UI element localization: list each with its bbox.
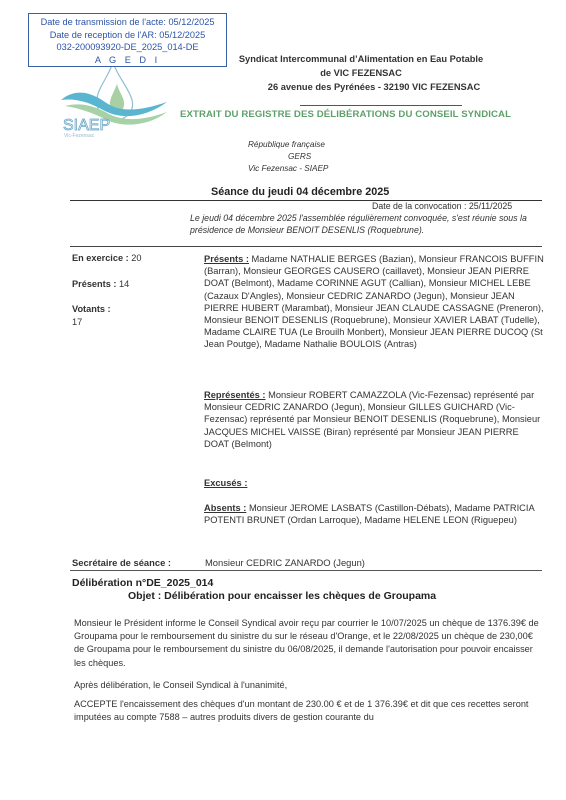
stamp-transmission-date: Date de transmission de l'acte: 05/12/20… <box>29 16 226 29</box>
deliberation-paragraph-1: Monsieur le Président informe le Conseil… <box>74 617 544 670</box>
stat-presents: Présents : 14 <box>72 279 129 289</box>
intro-divider <box>70 246 542 247</box>
presents-label: Présents : <box>204 254 249 264</box>
deliberation-paragraph-3: ACCEPTE l'encaissement des chèques d'un … <box>74 698 544 724</box>
document-title: EXTRAIT DU REGISTRE DES DÉLIBÉRATIONS DU… <box>180 109 520 120</box>
deliberation-paragraph-2: Après délibération, le Conseil Syndical … <box>74 679 544 692</box>
commune-label: Vic Fezensac - SIAEP <box>248 163 388 175</box>
siaep-logo-icon: SIAEP Vic-Fezensac <box>55 62 170 137</box>
organization-header: Syndicat Intercommunal d’Alimentation en… <box>200 52 522 94</box>
deliberation-objet: Objet : Délibération pour encaisser les … <box>128 590 436 602</box>
excuses-list: Excusés : <box>204 477 544 489</box>
stamp-reception-date: Date de reception de l'AR: 05/12/2025 <box>29 29 226 42</box>
republique-label: République française <box>248 139 388 151</box>
svg-text:SIAEP: SIAEP <box>63 117 110 134</box>
org-city: de VIC FEZENSAC <box>200 66 522 80</box>
secretaire-value: Monsieur CEDRIC ZANARDO (Jegun) <box>205 557 365 568</box>
representes-list: Représentés : Monsieur ROBERT CAMAZZOLA … <box>204 389 544 450</box>
representes-label: Représentés : <box>204 390 266 400</box>
org-address: 26 avenue des Pyrénées - 32190 VIC FEZEN… <box>200 80 522 94</box>
secretaire-divider <box>70 570 542 571</box>
stamp-act-id: 032-200093920-DE_2025_014-DE <box>29 41 226 54</box>
org-name: Syndicat Intercommunal d’Alimentation en… <box>200 52 522 66</box>
svg-text:Vic-Fezensac: Vic-Fezensac <box>64 133 95 137</box>
secretaire-label: Secrétaire de séance : <box>72 557 171 568</box>
stamp-agedi: A G E D I <box>29 54 226 67</box>
stat-votants: Votants : <box>72 304 111 314</box>
absents-label: Absents : <box>204 503 246 513</box>
convocation-date: Date de la convocation : 25/11/2025 <box>372 201 512 211</box>
seance-intro: Le jeudi 04 décembre 2025 l'assemblée ré… <box>190 212 540 236</box>
header-divider <box>300 105 462 106</box>
department-label: GERS <box>248 151 388 163</box>
deliberation-number: Délibération n°DE_2025_014 <box>72 577 213 589</box>
excuses-label: Excusés : <box>204 478 247 488</box>
seance-title: Séance du jeudi 04 décembre 2025 <box>211 186 389 198</box>
stat-votants-value: 17 <box>72 317 82 327</box>
presents-list: Présents : Madame NATHALIE BERGES (Bazia… <box>204 253 544 351</box>
republique-block: République française GERS Vic Fezensac -… <box>248 139 388 176</box>
transmission-stamp: Date de transmission de l'acte: 05/12/20… <box>28 13 227 67</box>
stat-en-exercice: En exercice : 20 <box>72 253 142 263</box>
absents-list: Absents : Monsieur JEROME LASBATS (Casti… <box>204 502 544 526</box>
